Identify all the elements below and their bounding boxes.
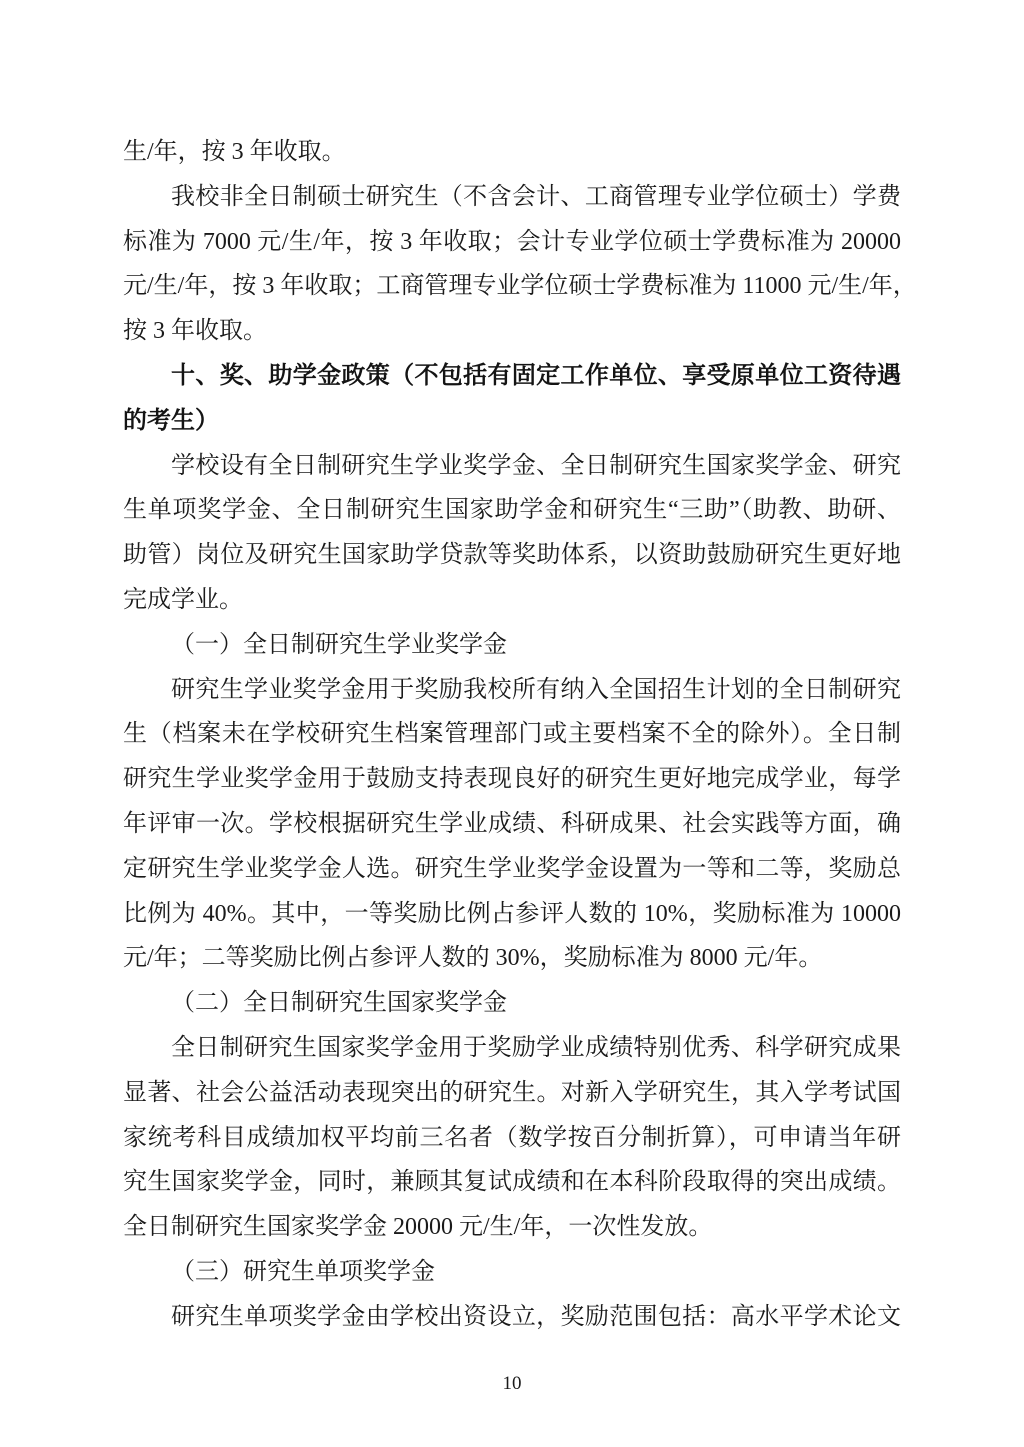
- text-line: 究生国家奖学金，同时，兼顾其复试成绩和在本科阶段取得的突出成绩。: [123, 1160, 901, 1205]
- section-heading-scholarship-policy: 十、奖、助学金政策（不包括有固定工作单位、享受原单位工资待遇 的考生）: [123, 354, 901, 444]
- text-line: 年评审一次。学校根据研究生学业成绩、科研成果、社会实践等方面，确: [123, 802, 901, 847]
- text-line: 显著、社会公益活动表现突出的研究生。对新入学研究生，其入学考试国: [123, 1071, 901, 1116]
- text-line: 元/年；二等奖励比例占参评人数的 30%，奖励标准为 8000 元/年。: [123, 936, 901, 981]
- document-page: 生/年，按 3 年收取。 我校非全日制硕士研究生（不含会计、工商管理专业学位硕士…: [0, 0, 1024, 1447]
- text-line: （三）研究生单项奖学金: [123, 1250, 901, 1295]
- subsection-title-single-item-scholarship: （三）研究生单项奖学金: [123, 1250, 901, 1295]
- text-line: 学校设有全日制研究生学业奖学金、全日制研究生国家奖学金、研究: [123, 444, 901, 489]
- paragraph-single-item-scholarship-detail: 研究生单项奖学金由学校出资设立，奖励范围包括：高水平学术论文: [123, 1295, 901, 1340]
- text-line: 按 3 年收取。: [123, 309, 901, 354]
- text-block: 生/年，按 3 年收取。 我校非全日制硕士研究生（不含会计、工商管理专业学位硕士…: [123, 130, 901, 1340]
- text-line: 定研究生学业奖学金人选。研究生学业奖学金设置为一等和二等，奖励总: [123, 847, 901, 892]
- text-line: 我校非全日制硕士研究生（不含会计、工商管理专业学位硕士）学费: [123, 175, 901, 220]
- text-line: 研究生单项奖学金由学校出资设立，奖励范围包括：高水平学术论文: [123, 1295, 901, 1340]
- heading-line: 十、奖、助学金政策（不包括有固定工作单位、享受原单位工资待遇: [123, 354, 901, 399]
- text-line: 家统考科目成绩加权平均前三名者（数学按百分制折算），可申请当年研: [123, 1116, 901, 1161]
- text-line: 生（档案未在学校研究生档案管理部门或主要档案不全的除外）。全日制: [123, 712, 901, 757]
- heading-line: 的考生）: [123, 399, 901, 444]
- text-line: 完成学业。: [123, 578, 901, 623]
- text-line: 生/年，按 3 年收取。: [123, 130, 901, 175]
- text-line: （二）全日制研究生国家奖学金: [123, 981, 901, 1026]
- text-line: 比例为 40%。其中，一等奖励比例占参评人数的 10%，奖励标准为 10000: [123, 892, 901, 937]
- paragraph-nonfulltime-tuition: 我校非全日制硕士研究生（不含会计、工商管理专业学位硕士）学费 标准为 7000 …: [123, 175, 901, 354]
- text-line: 研究生学业奖学金用于奖励我校所有纳入全国招生计划的全日制研究: [123, 668, 901, 713]
- subsection-title-academic-scholarship: （一）全日制研究生学业奖学金: [123, 623, 901, 668]
- paragraph-continued-from-previous-page: 生/年，按 3 年收取。: [123, 130, 901, 175]
- text-line: 全日制研究生国家奖学金用于奖励学业成绩特别优秀、科学研究成果: [123, 1026, 901, 1071]
- text-line: （一）全日制研究生学业奖学金: [123, 623, 901, 668]
- text-line: 标准为 7000 元/生/年，按 3 年收取；会计专业学位硕士学费标准为 200…: [123, 220, 901, 265]
- paragraph-academic-scholarship-detail: 研究生学业奖学金用于奖励我校所有纳入全国招生计划的全日制研究 生（档案未在学校研…: [123, 668, 901, 982]
- text-line: 元/生/年，按 3 年收取；工商管理专业学位硕士学费标准为 11000 元/生/…: [123, 264, 901, 309]
- text-line: 助管）岗位及研究生国家助学贷款等奖助体系，以资助鼓励研究生更好地: [123, 533, 901, 578]
- text-line: 生单项奖学金、全日制研究生国家助学金和研究生“三助”（助教、助研、: [123, 488, 901, 533]
- text-line: 全日制研究生国家奖学金 20000 元/生/年，一次性发放。: [123, 1205, 901, 1250]
- text-line: 研究生学业奖学金用于鼓励支持表现良好的研究生更好地完成学业，每学: [123, 757, 901, 802]
- page-number: 10: [0, 1372, 1024, 1396]
- paragraph-national-scholarship-detail: 全日制研究生国家奖学金用于奖励学业成绩特别优秀、科学研究成果 显著、社会公益活动…: [123, 1026, 901, 1250]
- subsection-title-national-scholarship: （二）全日制研究生国家奖学金: [123, 981, 901, 1026]
- paragraph-award-system-overview: 学校设有全日制研究生学业奖学金、全日制研究生国家奖学金、研究 生单项奖学金、全日…: [123, 444, 901, 623]
